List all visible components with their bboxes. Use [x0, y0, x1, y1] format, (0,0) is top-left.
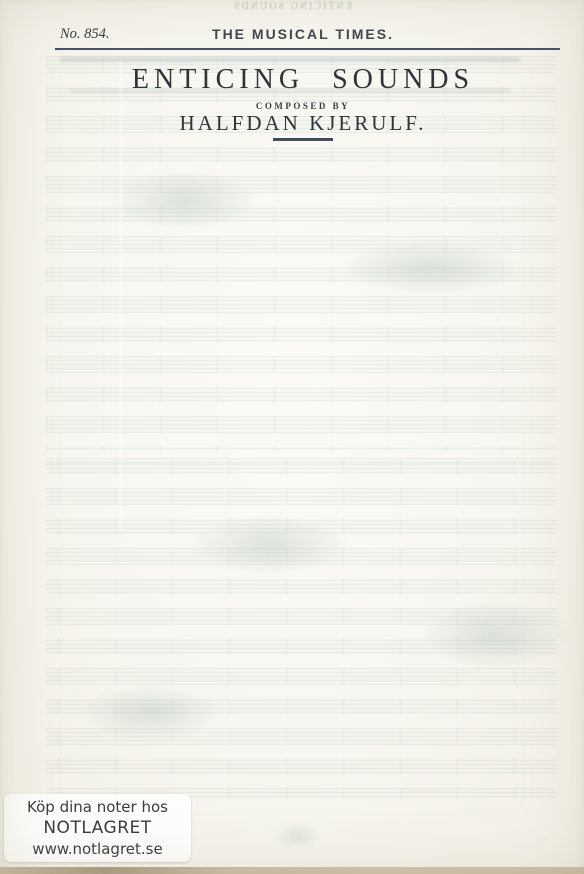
bleedthrough-music-texture-lower [46, 458, 556, 800]
scan-edge-bottom [0, 867, 584, 874]
seller-sticker: Köp dina noter hos NOTLAGRET www.notlagr… [4, 794, 191, 862]
faded-stamp-smudge [275, 822, 320, 850]
bleedthrough-text-smear [60, 57, 520, 62]
masthead-title: THE MUSICAL TIMES. [22, 26, 584, 42]
bleedthrough-mirrored-title: ENTICING SOUNDS [0, 1, 584, 12]
sticker-website: www.notlagret.se [4, 839, 191, 859]
header-rule [55, 48, 560, 50]
scanned-sheet-music-page: ENTICING SOUNDS No. 854. THE MUSICAL TIM… [0, 0, 584, 874]
composer-name: HALFDAN KJERULF. [22, 111, 584, 136]
page-title: ENTICING SOUNDS [22, 64, 584, 96]
sticker-shop-name: NOTLAGRET [4, 817, 191, 839]
sticker-line-1: Köp dina noter hos [4, 797, 191, 817]
credit-line: COMPOSED BY [22, 101, 584, 111]
